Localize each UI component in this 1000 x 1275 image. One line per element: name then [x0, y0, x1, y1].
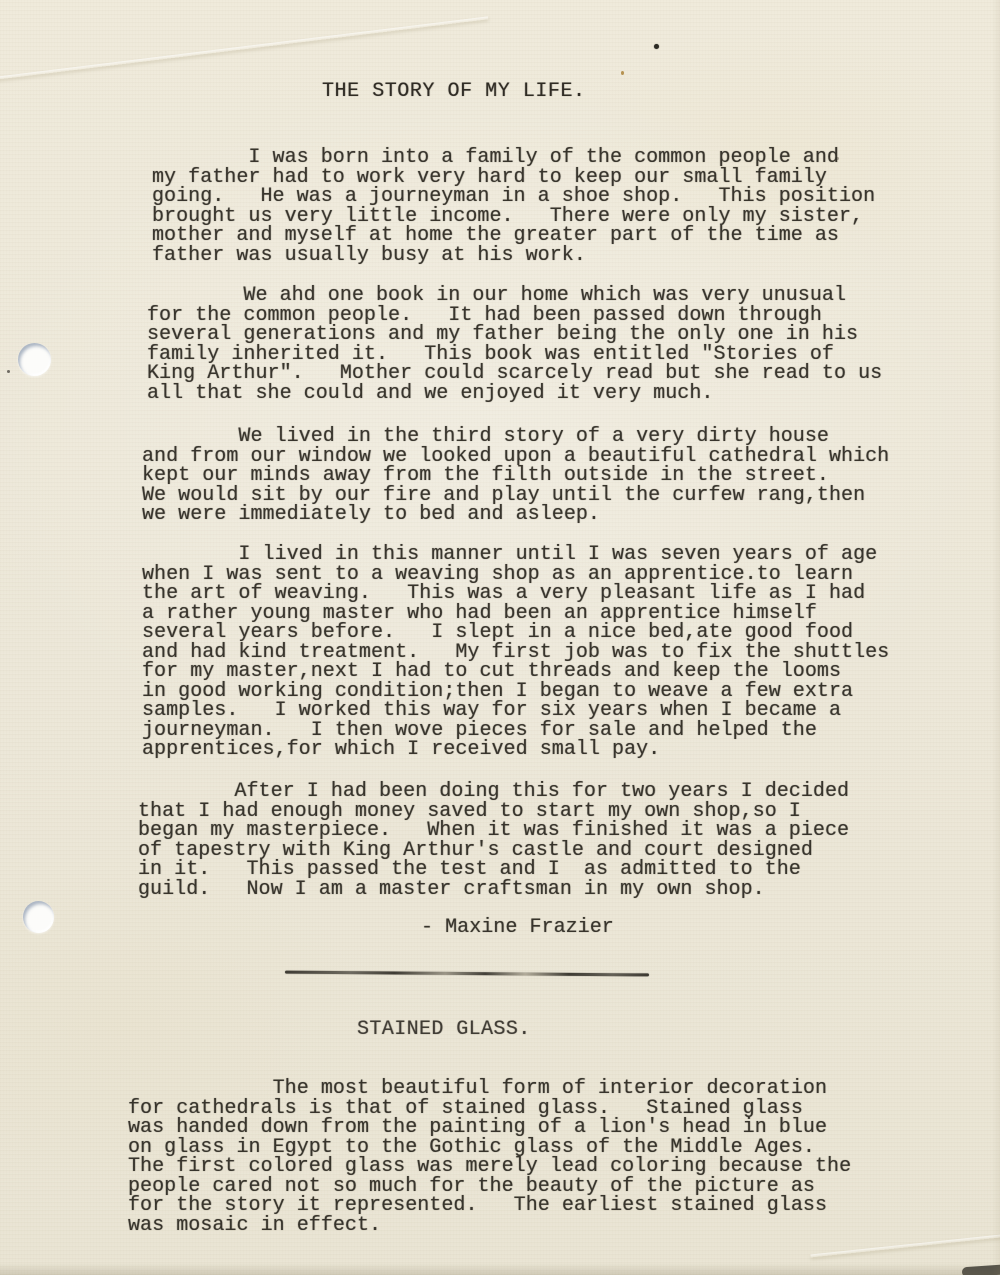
section-divider-rule [285, 971, 649, 977]
section-heading: STAINED GLASS. [357, 1020, 531, 1040]
punch-hole-top [18, 343, 51, 376]
story-paragraph-5: After I had been doing this for two year… [138, 782, 849, 899]
story-paragraph-2: We ahd one book in our home which was ve… [147, 286, 882, 403]
paper-edge-bottom-shade [0, 1263, 1000, 1275]
paper-sheet: THE STORY OF MY LIFE. I was born into a … [0, 0, 1000, 1275]
ink-speck-left-margin [7, 370, 10, 373]
punch-hole-bottom [23, 901, 54, 933]
paper-edge-right-shade [992, 0, 1000, 1275]
paper-crease-top-left [0, 16, 488, 82]
ink-speck [654, 44, 659, 49]
stained-glass-paragraph-1: The most beautiful form of interior deco… [128, 1079, 851, 1235]
author-signature: - Maxine Frazier [421, 918, 614, 938]
story-paragraph-1: I was born into a family of the common p… [152, 148, 875, 265]
story-paragraph-3: We lived in the third story of a very di… [142, 427, 889, 525]
rust-speck [621, 71, 624, 75]
paper-crease-bottom-right [810, 1232, 1000, 1258]
page-title: THE STORY OF MY LIFE. [322, 82, 586, 102]
story-paragraph-4: I lived in this manner until I was seven… [142, 545, 889, 760]
